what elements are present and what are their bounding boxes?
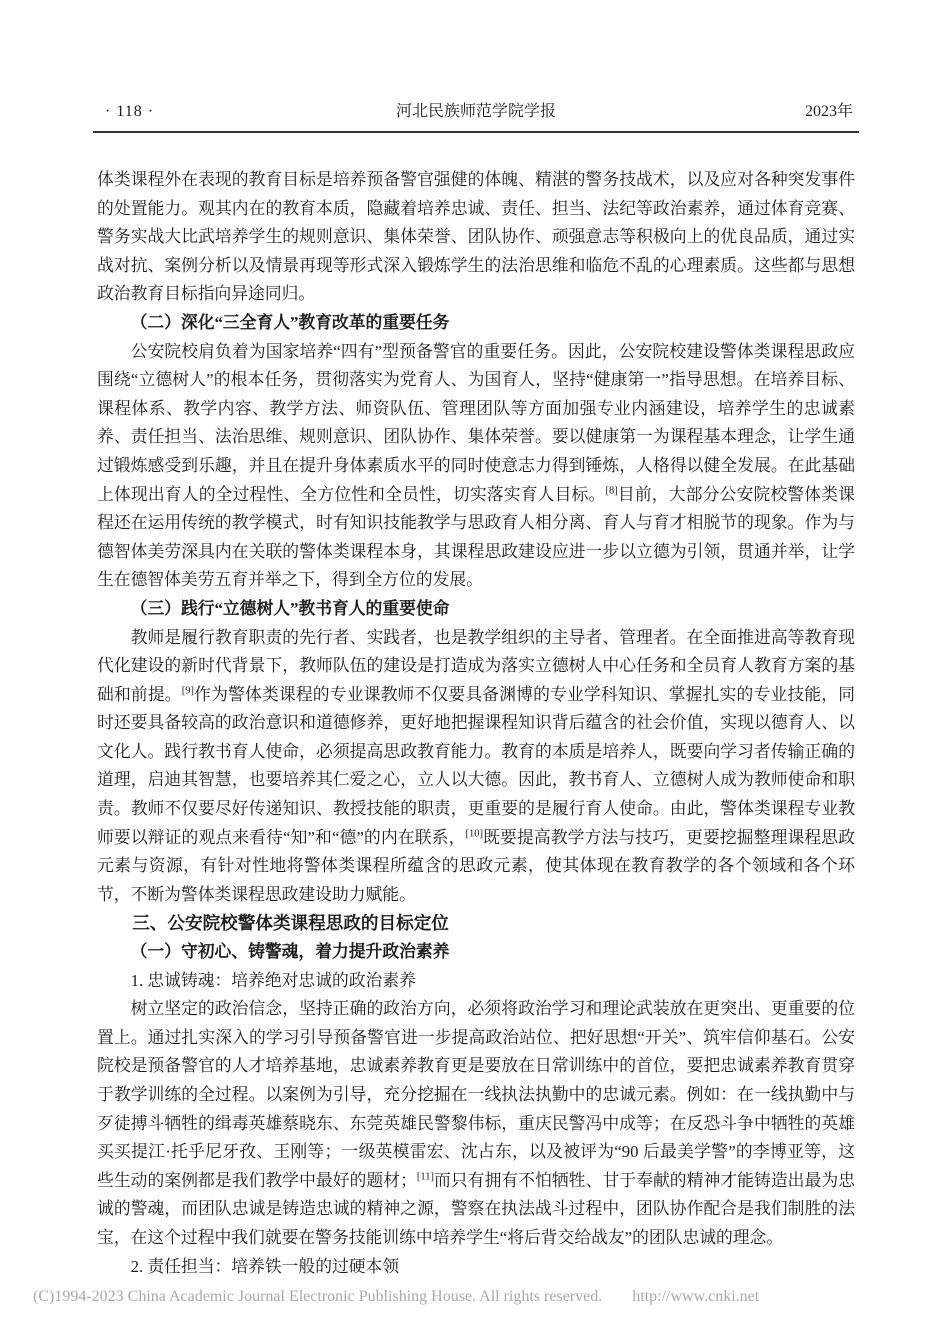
section-heading: （二）深化“三全育人”教育改革的重要任务	[97, 309, 855, 338]
journal-title: 河北民族师范学院学报	[396, 101, 556, 123]
text-run: 1. 忠诚铸魂：培养绝对忠诚的政治素养	[131, 971, 416, 990]
section-heading: （三）践行“立德树人”教书育人的重要使命	[97, 595, 855, 624]
citation-ref: [8]	[605, 485, 617, 496]
paragraph: 树立坚定的政治信念，坚持正确的政治方向，必须将政治学习和理论武装放在更突出、更重…	[97, 995, 855, 1252]
header-rule	[93, 131, 859, 133]
text-run: 树立坚定的政治信念，坚持正确的政治方向，必须将政治学习和理论武装放在更突出、更重…	[97, 999, 855, 1190]
paragraph: 教师是履行教育职责的先行者、实践者，也是教学组织的主导者、管理者。在全面推进高等…	[97, 624, 855, 910]
page-header: · 118 · 河北民族师范学院学报 2023年	[97, 101, 855, 123]
citation-ref: [10]	[466, 828, 484, 839]
text-run: 作为警体类课程的专业课教师不仅要具备渊博的专业学科知识、掌握扎实的专业技能，同时…	[97, 685, 855, 847]
header-year: 2023年	[805, 101, 853, 123]
footer-url: http://www.cnki.net	[632, 1288, 759, 1306]
text-run: 公安院校肩负着为国家培养“四有”型预备警官的重要任务。因此，公安院校建设警体类课…	[97, 342, 855, 504]
article-body: 体类课程外在表现的教育目标是培养预备警官强健的体魄、精湛的警务技战术，以及应对各…	[97, 166, 855, 1281]
document-page: · 118 · 河北民族师范学院学报 2023年 体类课程外在表现的教育目标是培…	[0, 0, 950, 1344]
citation-ref: [11]	[417, 1171, 434, 1182]
section-heading: （一）守初心、铸警魂，着力提升政治素养	[97, 938, 855, 967]
paragraph: 1. 忠诚铸魂：培养绝对忠诚的政治素养	[97, 967, 855, 996]
citation-ref: [9]	[182, 685, 194, 696]
footer-copyright: (C)1994-2023 China Academic Journal Elec…	[33, 1288, 602, 1306]
text-run: 2. 责任担当：培养铁一般的过硬本领	[131, 1257, 400, 1276]
page-number: · 118 ·	[105, 101, 154, 123]
text-run: 体类课程外在表现的教育目标是培养预备警官强健的体魄、精湛的警务技战术，以及应对各…	[97, 170, 855, 303]
page-footer: (C)1994-2023 China Academic Journal Elec…	[33, 1288, 759, 1306]
paragraph: 2. 责任担当：培养铁一般的过硬本领	[97, 1253, 855, 1282]
section-heading: 三、公安院校警体类课程思政的目标定位	[97, 909, 855, 938]
paragraph: 公安院校肩负着为国家培养“四有”型预备警官的重要任务。因此，公安院校建设警体类课…	[97, 338, 855, 595]
paragraph: 体类课程外在表现的教育目标是培养预备警官强健的体魄、精湛的警务技战术，以及应对各…	[97, 166, 855, 309]
